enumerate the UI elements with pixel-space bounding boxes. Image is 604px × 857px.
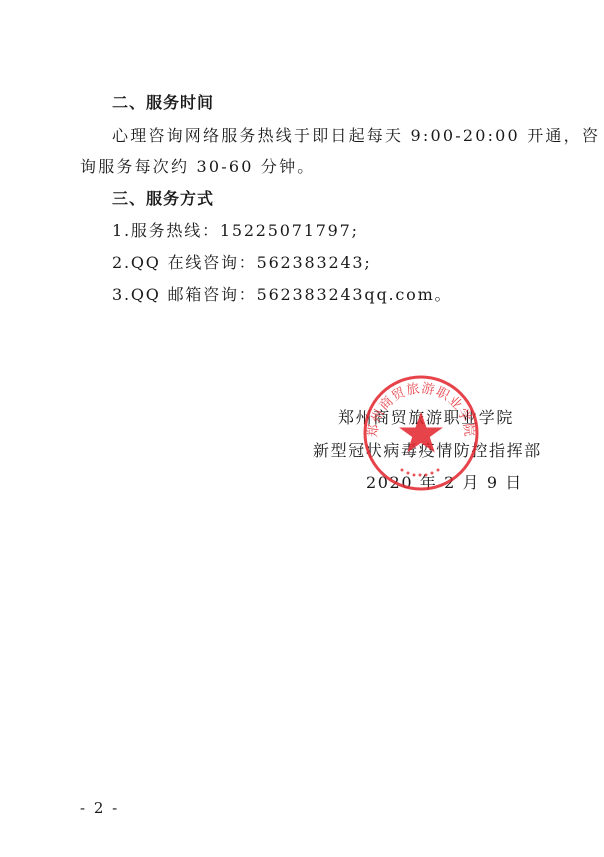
signature-department: 新型冠状病毒疫情防控指挥部 — [313, 441, 542, 461]
service-item-qq-online: 2.QQ 在线咨询：562383243; — [112, 253, 372, 273]
service-item-qq-email: 3.QQ 邮箱咨询：562383243qq.com。 — [112, 285, 452, 305]
service-item-hotline: 1.服务热线：15225071797; — [112, 221, 359, 241]
service-time-paragraph-line1: 心理咨询网络服务热线于即日起每天 9:00-20:00 开通，咨 — [112, 126, 600, 146]
signature-organization: 郑州商贸旅游职业学院 — [338, 408, 514, 428]
document-page: 二、服务时间 心理咨询网络服务热线于即日起每天 9:00-20:00 开通，咨 … — [0, 0, 604, 857]
service-time-paragraph-line2: 询服务每次约 30-60 分钟。 — [80, 157, 316, 177]
section-heading-service-time: 二、服务时间 — [112, 93, 214, 113]
section-heading-service-method: 三、服务方式 — [112, 189, 214, 209]
signature-date: 2020 年 2 月 9 日 — [366, 473, 523, 493]
page-number: - 2 - — [80, 798, 119, 818]
